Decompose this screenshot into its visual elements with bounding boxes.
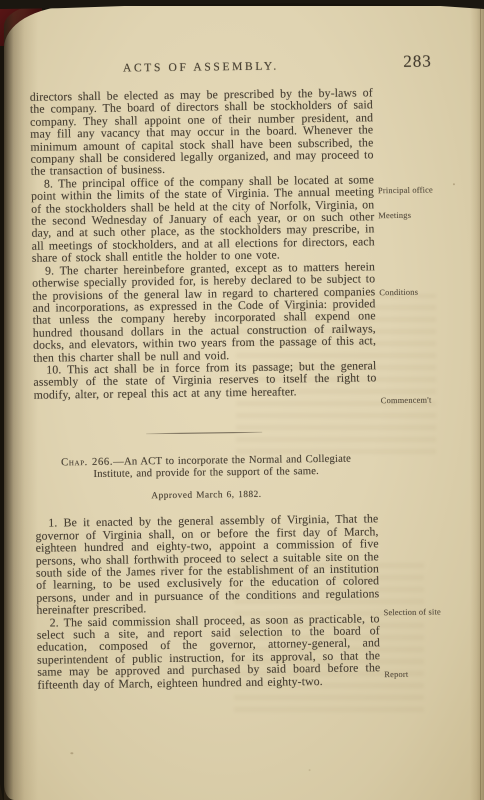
chapter-heading: Chap. 266.—An ACT to incorporate the Nor… xyxy=(40,453,371,481)
chapter-title: —An ACT to incorporate the Normal and Co… xyxy=(93,453,351,480)
margin-note-principal-office: Principal office xyxy=(378,185,446,195)
section-divider-rule xyxy=(146,432,262,435)
act1-paragraph-continuation: directors shall be elected as may be pre… xyxy=(30,86,374,177)
chapter-label: Chap. 266. xyxy=(61,456,113,469)
act1-section-9: 9. The charter hereinbefore granted, exc… xyxy=(32,260,376,364)
paper-speck xyxy=(309,769,311,771)
text-column: directors shall be elected as may be pre… xyxy=(30,86,381,691)
margin-note-selection-of-site: Selection of site xyxy=(383,607,451,617)
paper-speck xyxy=(453,183,455,185)
approval-date-line: Approved March 6, 1882. xyxy=(35,487,378,504)
act2-section-2: 2. The said commission shall proceed, as… xyxy=(37,612,381,691)
act1-section-8: 8. The principal office of the company s… xyxy=(31,173,375,264)
act1-section-10: 10. This act shall be in force from its … xyxy=(33,359,376,401)
book-page: ACTS OF ASSEMBLY. 283 directors shall be… xyxy=(4,6,484,800)
margin-note-report: Report xyxy=(384,669,452,679)
margin-note-commencement: Commencem't xyxy=(381,395,449,405)
page-content: ACTS OF ASSEMBLY. 283 directors shall be… xyxy=(0,3,484,800)
running-header: ACTS OF ASSEMBLY. xyxy=(29,58,372,75)
margin-note-meetings: Meetings xyxy=(378,210,446,220)
paper-speck xyxy=(70,752,73,754)
margin-note-conditions: Conditions xyxy=(379,287,447,297)
act2-section-1: 1. Be it enacted by the general assembly… xyxy=(35,513,379,617)
page-number: 283 xyxy=(403,52,432,72)
